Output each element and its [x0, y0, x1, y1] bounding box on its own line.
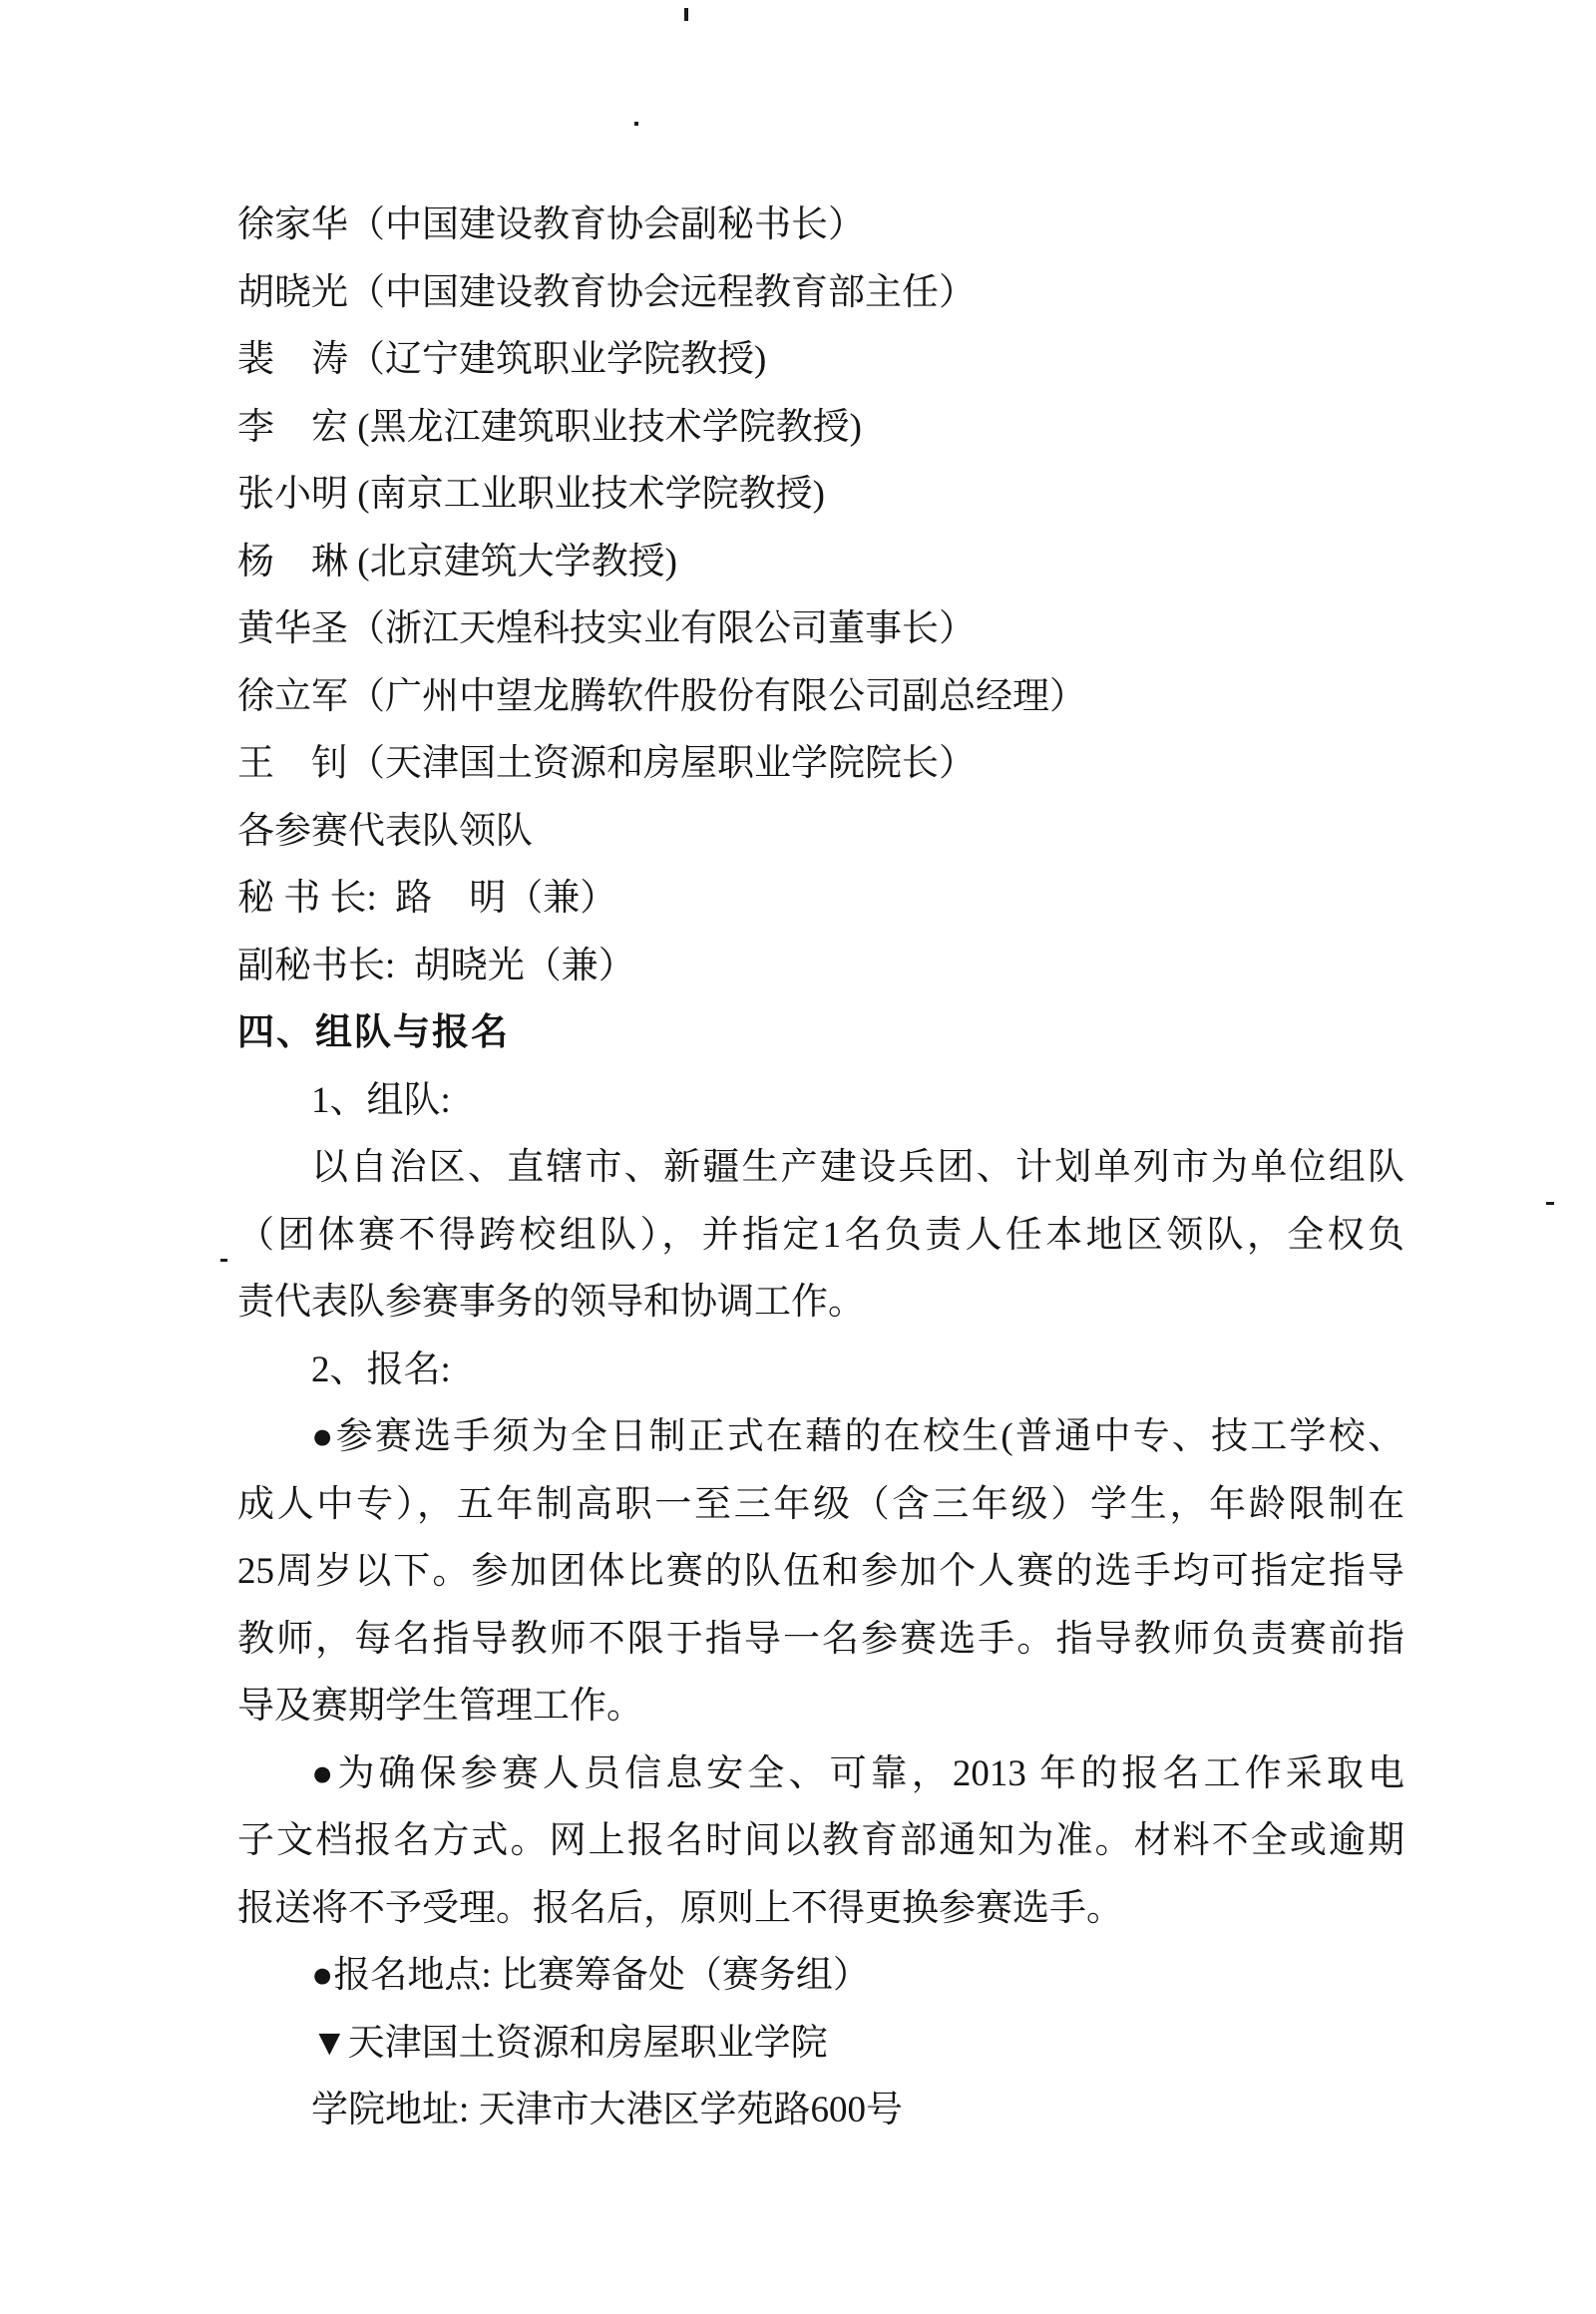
text-line: 李 宏 (黑龙江建筑职业技术学院教授) [237, 394, 1454, 462]
text-line: 2、报名: [237, 1337, 1454, 1404]
text-line: 报送将不予受理。报名后，原则上不得更换参赛选手。 [237, 1875, 1454, 1943]
text-line: 25周岁以下。参加团体比赛的队伍和参加个人赛的选手均可指定指导 [237, 1538, 1404, 1606]
text-line: 责代表队参赛事务的领导和协调工作。 [237, 1269, 1454, 1337]
scan-speck [1546, 1202, 1554, 1205]
text-line: 子文档报名方式。网上报名时间以教育部通知为准。材料不全或逾期 [237, 1807, 1404, 1875]
text-line: 秘 书 长: 路 明（兼） [237, 865, 1454, 933]
text-line: 杨 琳 (北京建筑大学教授) [237, 529, 1454, 596]
scanned-document-page: 徐家华（中国建设教育协会副秘书长）胡晓光（中国建设教育协会远程教育部主任）裴 涛… [0, 0, 1596, 2314]
text-line: 导及赛期学生管理工作。 [237, 1673, 1454, 1740]
text-line: 1、组队: [237, 1067, 1454, 1135]
text-line: 胡晓光（中国建设教育协会远程教育部主任） [237, 259, 1454, 327]
text-line: 学院地址: 天津市大港区学苑路600号 [237, 2077, 1454, 2144]
text-line: 徐家华（中国建设教育协会副秘书长） [237, 192, 1454, 259]
text-line: 副秘书长: 胡晓光（兼） [237, 933, 1454, 1000]
text-line: （团体赛不得跨校组队），并指定1名负责人任本地区领队，全权负 [237, 1202, 1404, 1270]
text-line: ●参赛选手须为全日制正式在藉的在校生(普通中专、技工学校、 [237, 1403, 1404, 1471]
scan-speck [684, 8, 688, 21]
scan-speck [220, 1259, 227, 1262]
text-line: 裴 涛（辽宁建筑职业学院教授) [237, 326, 1454, 394]
text-line: 各参赛代表队领队 [237, 798, 1454, 866]
text-line: ●为确保参赛人员信息安全、可靠，2013 年的报名工作采取电 [237, 1740, 1404, 1808]
text-line: 王 钊（天津国土资源和房屋职业学院院长） [237, 730, 1454, 798]
text-line: 以自治区、直辖市、新疆生产建设兵团、计划单列市为单位组队 [237, 1134, 1404, 1202]
text-line: ▼天津国土资源和房屋职业学院 [237, 2010, 1454, 2078]
text-line: 四、组队与报名 [237, 999, 1454, 1067]
text-line: 张小明 (南京工业职业技术学院教授) [237, 461, 1454, 529]
text-line: 成人中专），五年制高职一至三年级（含三年级）学生，年龄限制在 [237, 1471, 1404, 1539]
text-line: 教师，每名指导教师不限于指导一名参赛选手。指导教师负责赛前指 [237, 1606, 1404, 1674]
document-body: 徐家华（中国建设教育协会副秘书长）胡晓光（中国建设教育协会远程教育部主任）裴 涛… [237, 192, 1454, 2144]
text-line: ●报名地点: 比赛筹备处（赛务组） [237, 1942, 1454, 2010]
scan-speck [634, 122, 638, 126]
text-line: 黄华圣（浙江天煌科技实业有限公司董事长） [237, 595, 1454, 663]
text-line: 徐立军（广州中望龙腾软件股份有限公司副总经理） [237, 663, 1454, 731]
